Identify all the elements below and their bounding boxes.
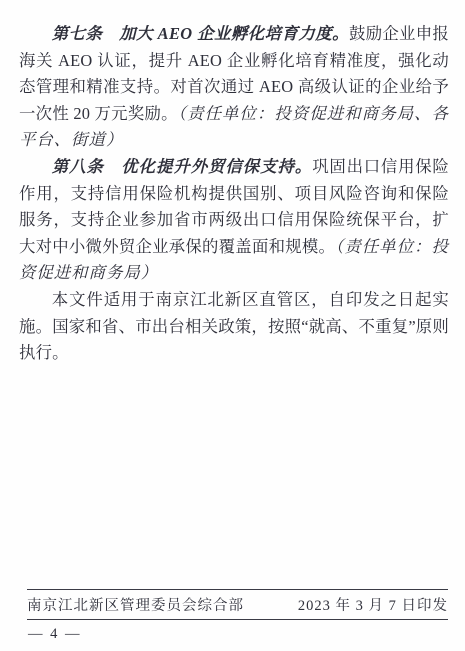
print-date: 2023 年 3 月 7 日印发 [298, 594, 448, 615]
paragraph-article-8: 第八条 优化提升外贸信保支持。巩固出口信用保险作用，支持信用保险机构提供国别、项… [19, 154, 449, 287]
closing-statement: 本文件适用于南京江北新区直管区，自印发之日起实施。国家和省、市出台相关政策，按照… [19, 290, 449, 362]
paragraph-article-7: 第七条 加大 AEO 企业孵化培育力度。鼓励企业申报海关 AEO 认证，提升 A… [19, 21, 449, 154]
colophon: 南京江北新区管理委员会综合部 2023 年 3 月 7 日印发 [27, 589, 448, 620]
article-7-headline: 第七条 加大 AEO 企业孵化培育力度。 [52, 24, 349, 43]
issuing-office: 南京江北新区管理委员会综合部 [27, 594, 244, 615]
article-8-headline: 第八条 优化提升外贸信保支持。 [52, 157, 312, 176]
paragraph-closing: 本文件适用于南京江北新区直管区，自印发之日起实施。国家和省、市出台相关政策，按照… [19, 287, 449, 367]
page-number: — 4 — [28, 626, 82, 643]
document-body: 第七条 加大 AEO 企业孵化培育力度。鼓励企业申报海关 AEO 认证，提升 A… [19, 21, 449, 367]
document-page: 第七条 加大 AEO 企业孵化培育力度。鼓励企业申报海关 AEO 认证，提升 A… [0, 0, 465, 651]
